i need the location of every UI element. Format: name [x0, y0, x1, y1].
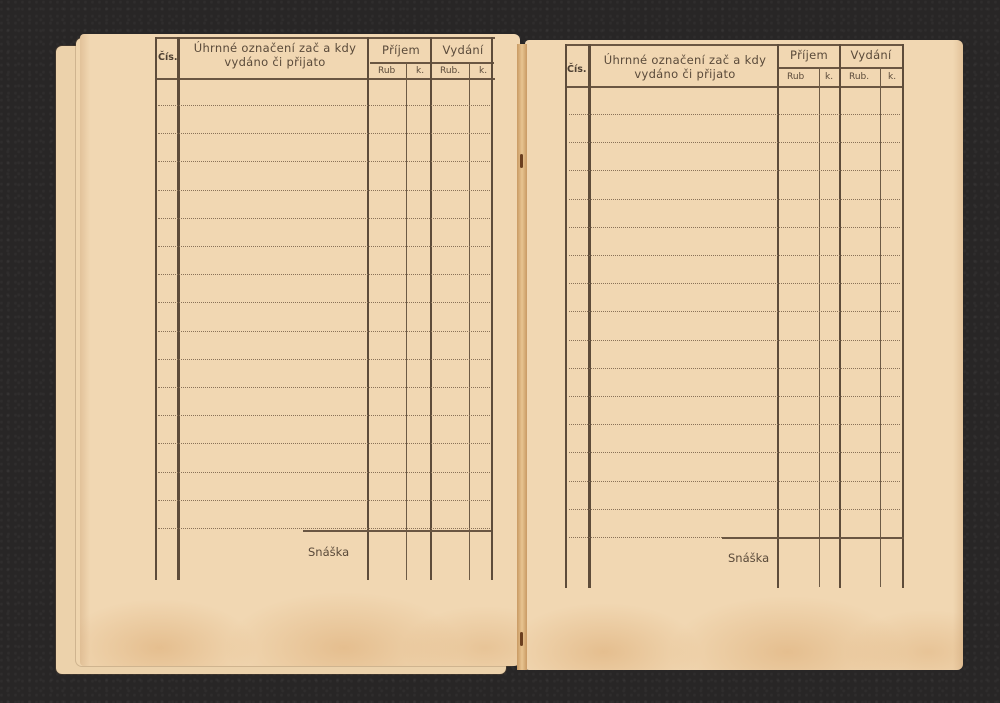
- binding-stitch: [520, 154, 523, 168]
- total-label-right: Snáška: [728, 551, 769, 565]
- ledger-row-rule: [569, 452, 900, 453]
- ledger-row-rule: [158, 359, 490, 360]
- ledger-row-rule: [158, 302, 490, 303]
- col-header-income-k: k.: [825, 72, 833, 82]
- ledger-row-rule: [569, 311, 900, 312]
- total-rule: [722, 537, 904, 539]
- col-header-expense-k: k.: [888, 72, 896, 82]
- col-header-income: Příjem: [778, 48, 840, 62]
- water-stain: [525, 550, 963, 670]
- ledger-row-rule: [158, 387, 490, 388]
- water-stain: [80, 546, 520, 666]
- ledger-row-rule: [569, 255, 900, 256]
- ledger-row-rule: [158, 415, 490, 416]
- col-header-income-rub: Rub: [378, 66, 395, 76]
- ledger-row-rule: [158, 246, 490, 247]
- ledger-row-rule: [158, 274, 490, 275]
- col-header-income-rub: Rub: [787, 72, 804, 82]
- col-header-expense: Vydání: [432, 43, 494, 57]
- header-bottom-rule: [566, 86, 904, 88]
- ledger-row-rule: [569, 142, 900, 143]
- ledger-row-rule: [158, 133, 490, 134]
- ledger-row-rule: [158, 528, 490, 529]
- ledger-row-rule: [158, 331, 490, 332]
- header-top-rule: [157, 37, 495, 39]
- left-page: [80, 34, 520, 666]
- header-bottom-rule: [157, 78, 495, 80]
- ledger-row-rule: [158, 500, 490, 501]
- ledger-row-rule: [569, 481, 900, 482]
- col-header-expense-rub: Rub.: [849, 72, 869, 82]
- ledger-row-rule: [158, 105, 490, 106]
- col-header-expense: Vydání: [840, 48, 902, 62]
- ledger-row-rule: [569, 283, 900, 284]
- header-top-rule: [566, 44, 904, 46]
- col-header-number: Čís.: [567, 64, 587, 75]
- ledger-row-rule: [158, 190, 490, 191]
- ledger-row-rule: [569, 396, 900, 397]
- col-header-description-line2: vydáno či přijato: [590, 67, 780, 81]
- right-page: [525, 40, 963, 670]
- book-spine-gutter: [517, 44, 527, 670]
- ledger-row-rule: [158, 472, 490, 473]
- col-header-expense-rub: Rub.: [440, 66, 460, 76]
- ledger-row-rule: [158, 218, 490, 219]
- col-header-description-line1: Úhrnné označení zač a kdy: [180, 41, 370, 55]
- col-header-expense-k: k.: [479, 66, 487, 76]
- col-header-description-line1: Úhrnné označení zač a kdy: [590, 53, 780, 67]
- col-header-number: Čís.: [158, 52, 178, 63]
- col-header-income: Příjem: [370, 43, 432, 57]
- ledger-row-rule: [569, 170, 900, 171]
- ledger-row-rule: [158, 161, 490, 162]
- ledger-row-rule: [158, 443, 490, 444]
- ledger-row-rule: [569, 199, 900, 200]
- ledger-row-rule: [569, 424, 900, 425]
- binding-stitch: [520, 632, 523, 646]
- ledger-row-rule: [569, 368, 900, 369]
- ledger-row-rule: [569, 227, 900, 228]
- col-header-income-k: k.: [416, 66, 424, 76]
- total-label-left: Snáška: [308, 545, 349, 559]
- col-header-description-line2: vydáno či přijato: [180, 55, 370, 69]
- total-rule: [303, 530, 491, 532]
- ledger-row-rule: [569, 114, 900, 115]
- ledger-row-rule: [569, 340, 900, 341]
- ledger-row-rule: [569, 509, 900, 510]
